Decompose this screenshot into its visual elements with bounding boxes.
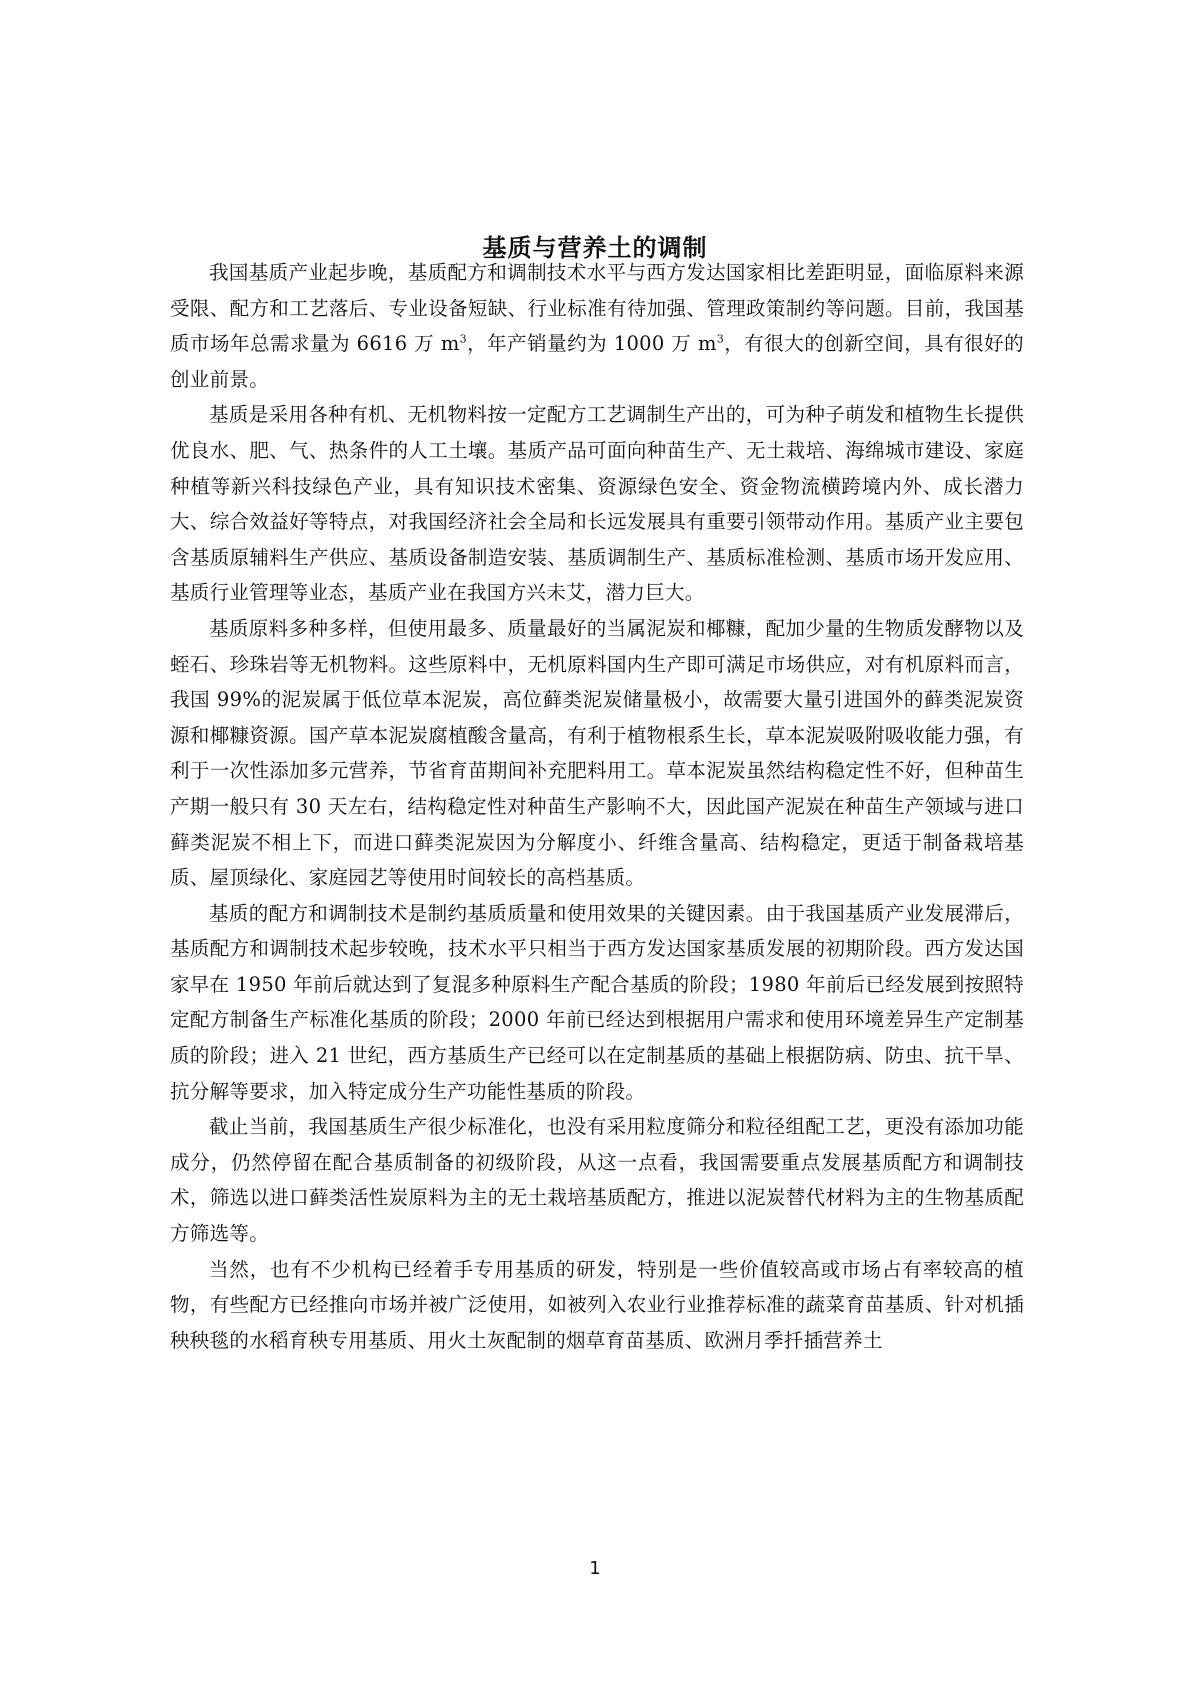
document-page: 基质与营养土的调制 我国基质产业起步晚，基质配方和调制技术水平与西方发达国家相比… — [0, 0, 1190, 1683]
superscript-3: 3 — [717, 333, 724, 346]
superscript-3: 3 — [460, 333, 467, 346]
paragraph-1: 我国基质产业起步晚，基质配方和调制技术水平与西方发达国家相比差距明显，面临原料来… — [170, 255, 1024, 397]
paragraph-2: 基质是采用各种有机、无机物料按一定配方工艺调制生产出的，可为种子萌发和植物生长提… — [170, 397, 1024, 611]
page-number: 1 — [0, 1558, 1190, 1579]
paragraph-6: 当然，也有不少机构已经着手专用基质的研发，特别是一些价值较高或市场占有率较高的植… — [170, 1252, 1024, 1359]
paragraph-3: 基质原料多种多样，但使用最多、质量最好的当属泥炭和椰糠，配加少量的生物质发酵物以… — [170, 611, 1024, 896]
paragraph-1-text-b: ，年产销量约为 1000 万 m — [467, 332, 717, 355]
document-body: 我国基质产业起步晚，基质配方和调制技术水平与西方发达国家相比差距明显，面临原料来… — [170, 255, 1024, 1358]
paragraph-4: 基质的配方和调制技术是制约基质质量和使用效果的关键因素。由于我国基质产业发展滞后… — [170, 896, 1024, 1110]
paragraph-5: 截止当前，我国基质生产很少标准化，也没有采用粒度筛分和粒径组配工艺，更没有添加功… — [170, 1109, 1024, 1251]
